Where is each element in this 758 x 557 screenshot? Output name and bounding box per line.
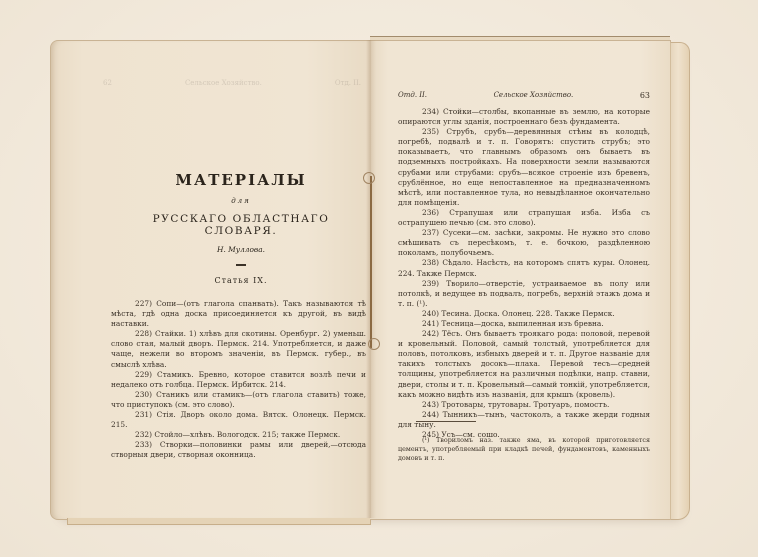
article-title-block: МАТЕРІАЛЫ для РУССКАГО ОБЛАСТНАГО СЛОВАР… xyxy=(121,171,361,285)
dictionary-entry: 232) Стойло—хлѣвъ. Вологодск. 215; также… xyxy=(111,430,366,440)
title-for: для xyxy=(121,197,361,205)
right-page: Отд. II. Сельское Хозяйство. 63 234) Сто… xyxy=(370,40,671,520)
title-subtitle: РУССКАГО ОБЛАСТНАГО СЛОВАРЯ. xyxy=(121,213,361,237)
dictionary-entry: 230) Станикъ или стамикъ—(отъ глагола ст… xyxy=(111,390,366,410)
title-divider xyxy=(236,264,246,266)
open-book: 62 Сельское Хозяйство. Отд. II. МАТЕРІАЛ… xyxy=(50,40,680,518)
dictionary-entry: 238) Сѣдало. Насѣсть, на которомъ спятъ … xyxy=(398,258,650,278)
dictionary-entry: 234) Стойки—столбы, вкопанные въ землю, … xyxy=(398,107,650,127)
binding-thread-knot xyxy=(368,338,380,350)
dictionary-entry: 242) Тёсъ. Онъ бываетъ троякаго рода: по… xyxy=(398,329,650,400)
right-page-entries: 234) Стойки—столбы, вкопанные въ землю, … xyxy=(398,107,650,440)
dictionary-entry: 236) Страпушая или страпушая изба. Изба … xyxy=(398,208,650,228)
show-through-running-title: Сельское Хозяйство. xyxy=(185,79,262,87)
dictionary-entry: 228) Стайки. 1) хлѣвъ для скотины. Оренб… xyxy=(111,329,366,369)
dictionary-entry: 241) Тесница—доска, выпиленная изъ бревн… xyxy=(398,319,650,329)
page-number: 63 xyxy=(640,91,650,100)
dictionary-entry: 235) Струбъ, срубъ—деревянныя стѣны въ к… xyxy=(398,127,650,208)
left-page-entries: 227) Сопи—(отъ глагола спанвать). Такъ н… xyxy=(111,299,366,461)
show-through-header: 62 Сельское Хозяйство. Отд. II. xyxy=(103,79,361,87)
dictionary-entry: 239) Творило—отверстіе, устраиваемое въ … xyxy=(398,279,650,309)
dictionary-entry: 243) Тротовары, трутовары. Тротуаръ, пом… xyxy=(398,400,650,410)
dictionary-entry: 227) Сопи—(отъ глагола спанвать). Такъ н… xyxy=(111,299,366,329)
show-through-section: Отд. II. xyxy=(335,79,361,87)
footnote: (¹) Твориломъ наз. также яма, въ которой… xyxy=(398,436,650,462)
page-stack-edge-right xyxy=(670,42,690,520)
page-stack-edge xyxy=(67,518,371,525)
header-section: Отд. II. xyxy=(398,91,427,100)
binding-thread xyxy=(370,176,372,348)
dictionary-entry: 231) Стія. Дворъ около дома. Вятск. Олон… xyxy=(111,410,366,430)
dictionary-entry: 229) Стамикъ. Бревно, которое ставится в… xyxy=(111,370,366,390)
dictionary-entry: 244) Тынникъ—тынъ, частоколъ, а также же… xyxy=(398,410,650,430)
header-running-title: Сельское Хозяйство. xyxy=(494,91,574,100)
running-header: Отд. II. Сельское Хозяйство. 63 xyxy=(398,91,650,100)
left-page: 62 Сельское Хозяйство. Отд. II. МАТЕРІАЛ… xyxy=(50,40,371,520)
title-author: Н. Муллова. xyxy=(121,245,361,254)
dictionary-entry: 240) Тесина. Доска. Олонец. 228. Также П… xyxy=(398,309,650,319)
show-through-page-num: 62 xyxy=(103,79,112,87)
dictionary-entry: 237) Сусеки—см. засѣки, закромы. Не нужн… xyxy=(398,228,650,258)
title-main: МАТЕРІАЛЫ xyxy=(121,171,361,189)
article-number: Статья IX. xyxy=(121,276,361,285)
binding-thread-knot xyxy=(363,172,375,184)
footnote-rule xyxy=(416,421,476,422)
dictionary-entry: 233) Створки—половинки рамы или дверей,—… xyxy=(111,440,366,460)
